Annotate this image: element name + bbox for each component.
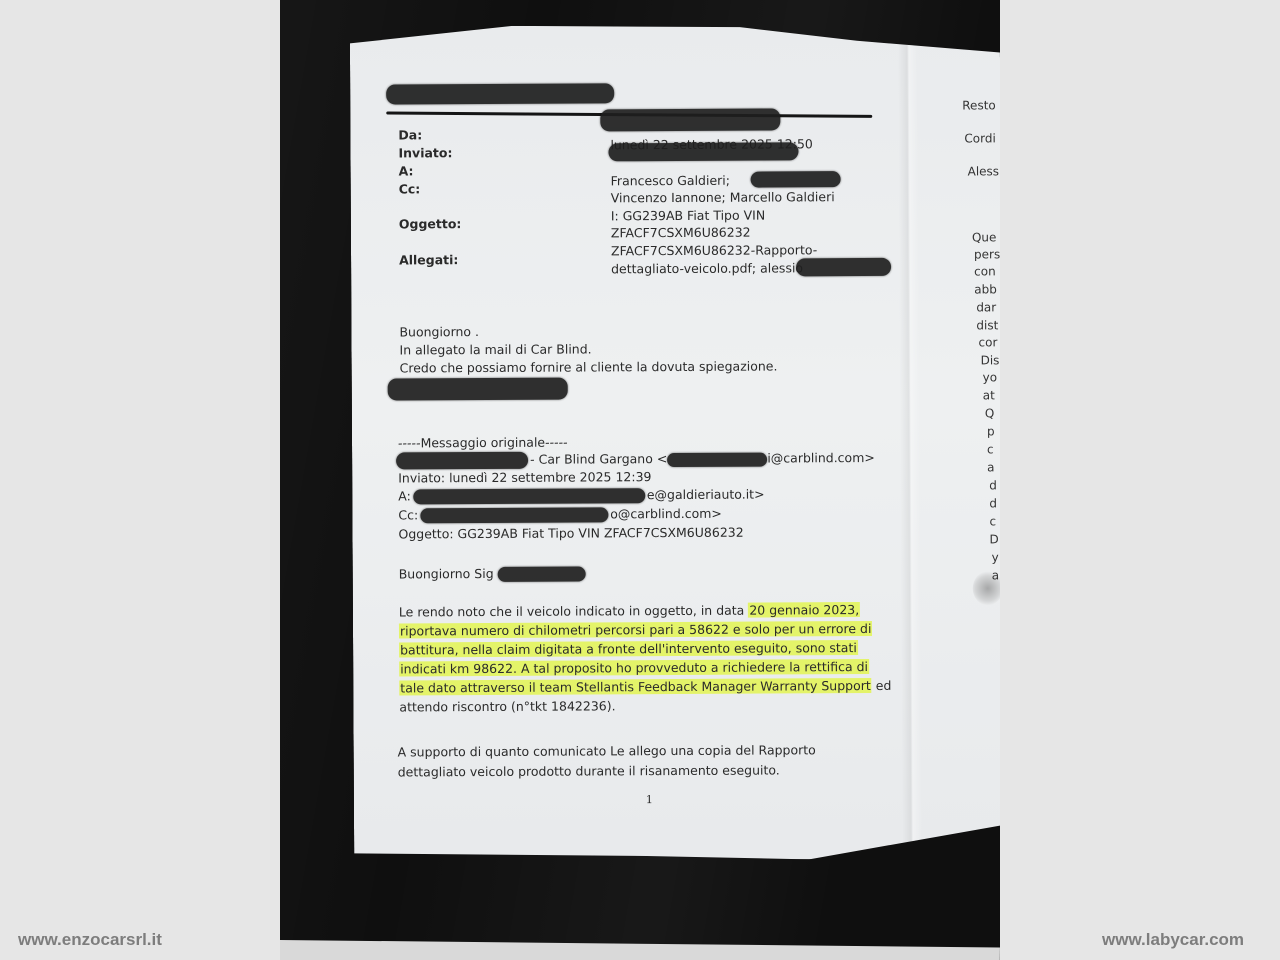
second-page-text: d bbox=[989, 478, 997, 492]
second-page-text: Que bbox=[972, 230, 997, 244]
forward-greeting: Buongiorno . bbox=[399, 324, 479, 339]
attachments-value-line2: dettagliato-veicolo.pdf; alessio bbox=[611, 260, 803, 276]
original-cc-line: Cc:o@carblind.com> bbox=[398, 506, 722, 524]
highlighted-text: battitura, nella claim digitata a fronte… bbox=[399, 640, 858, 657]
original-to-email: e@galdieriauto.it> bbox=[647, 487, 765, 503]
original-sent-line: Inviato: lunedì 22 settembre 2025 12:39 bbox=[398, 469, 651, 485]
paragraph1-line1: Le rendo noto che il veicolo indicato in… bbox=[399, 602, 860, 619]
highlighted-text: indicati km 98622. A tal proposito ho pr… bbox=[399, 659, 869, 676]
redaction-mark bbox=[796, 258, 891, 276]
subject-value-line2: ZFACF7CSXM6U86232 bbox=[611, 225, 751, 241]
paragraph2-line1: A supporto di quanto comunicato Le alleg… bbox=[398, 742, 816, 759]
second-page-text: Cordi bbox=[964, 131, 995, 145]
paragraph1-text: Le rendo noto che il veicolo indicato in… bbox=[399, 603, 748, 620]
redaction-mark bbox=[608, 142, 798, 161]
greeting-text: Buongiorno Sig bbox=[399, 566, 494, 581]
watermark-left: www.enzocarsrl.it bbox=[18, 930, 162, 950]
paragraph1-line6: attendo riscontro (n°tkt 1842236). bbox=[399, 698, 615, 714]
original-message-separator: -----Messaggio originale----- bbox=[398, 435, 568, 451]
paragraph1-text: ed bbox=[872, 678, 892, 693]
original-greeting: Buongiorno Sig bbox=[399, 565, 586, 582]
redaction-mark bbox=[386, 83, 614, 104]
redaction-mark bbox=[600, 108, 780, 131]
redaction-mark bbox=[498, 566, 586, 581]
second-page-text: at bbox=[983, 388, 995, 402]
original-subject-line: Oggetto: GG239AB Fiat Tipo VIN ZFACF7CSX… bbox=[398, 525, 743, 542]
page-number: 1 bbox=[646, 793, 653, 806]
label-cc: Cc: bbox=[399, 181, 421, 196]
highlighted-date: 20 gennaio 2023, bbox=[748, 602, 860, 618]
original-from-email: i@carblind.com> bbox=[767, 450, 875, 466]
second-page-text: Resto bbox=[962, 98, 996, 112]
second-page-text: y bbox=[992, 550, 999, 564]
paragraph1-line5: tale dato attraverso il team Stellantis … bbox=[399, 678, 891, 696]
second-page-text: abb bbox=[974, 282, 997, 296]
second-page-text: dar bbox=[976, 300, 996, 314]
label-sent: Inviato: bbox=[398, 145, 452, 160]
original-cc-prefix: Cc: bbox=[398, 507, 418, 522]
original-from-middle: - Car Blind Gargano < bbox=[530, 451, 667, 467]
second-page-text: c bbox=[987, 442, 994, 456]
highlighted-text: tale dato attraverso il team Stellantis … bbox=[399, 678, 872, 695]
paragraph1-line3: battitura, nella claim digitata a fronte… bbox=[399, 640, 858, 657]
highlighted-text: riportava numero di chilometri percorsi … bbox=[399, 621, 873, 638]
document-photo: Da: Inviato: A: Cc: Oggetto: Allegati: l… bbox=[280, 0, 1000, 960]
redaction-mark bbox=[388, 378, 568, 401]
original-to-line: A:e@galdieriauto.it> bbox=[398, 487, 764, 505]
watermark-right: www.labycar.com bbox=[1102, 930, 1244, 950]
redaction-mark bbox=[420, 507, 608, 523]
email-printout: Da: Inviato: A: Cc: Oggetto: Allegati: l… bbox=[350, 23, 1000, 861]
paragraph1-line2: riportava numero di chilometri percorsi … bbox=[399, 621, 873, 638]
second-page-text: Q bbox=[985, 406, 995, 420]
redaction-mark bbox=[396, 452, 528, 470]
redaction-mark bbox=[751, 171, 841, 187]
label-subject: Oggetto: bbox=[399, 216, 462, 231]
cc-value-line2: Vincenzo Iannone; Marcello Galdieri bbox=[611, 189, 835, 205]
forward-line2: Credo che possiamo fornire al cliente la… bbox=[400, 358, 778, 375]
second-page-fragment: RestoCordiAlessQuepersconabbdardistcorDi… bbox=[935, 23, 1000, 858]
cc-value-line1: Francesco Galdieri; bbox=[611, 173, 730, 189]
label-to: A: bbox=[399, 163, 414, 178]
subject-value-line1: I: GG239AB Fiat Tipo VIN bbox=[611, 208, 765, 224]
attachments-value-line1: ZFACF7CSXM6U86232-Rapporto- bbox=[611, 242, 817, 258]
original-to-prefix: A: bbox=[398, 488, 411, 503]
second-page-text: pers bbox=[974, 247, 1000, 261]
label-from: Da: bbox=[398, 127, 422, 142]
redaction-mark bbox=[413, 488, 645, 504]
original-from-line: - Car Blind Gargano <i@carblind.com> bbox=[530, 450, 875, 467]
second-page-text: c bbox=[989, 514, 996, 528]
redaction-mark bbox=[667, 452, 767, 467]
second-page-text: dist bbox=[976, 318, 998, 332]
paragraph1-line4: indicati km 98622. A tal proposito ho pr… bbox=[399, 659, 869, 676]
second-page-text: d bbox=[989, 496, 997, 510]
second-page-text: Aless bbox=[968, 164, 1000, 178]
printed-email-page: Da: Inviato: A: Cc: Oggetto: Allegati: l… bbox=[350, 23, 1000, 861]
second-page-text: con bbox=[974, 264, 996, 278]
original-cc-email: o@carblind.com> bbox=[610, 506, 722, 522]
second-page-text: Dis bbox=[981, 353, 1000, 367]
second-page-text: D bbox=[989, 532, 998, 546]
second-page-text: p bbox=[987, 424, 995, 438]
second-page-text: yo bbox=[983, 370, 998, 384]
forward-line1: In allegato la mail di Car Blind. bbox=[399, 341, 591, 357]
second-page-text: a bbox=[987, 460, 994, 474]
paragraph2-line2: dettagliato veicolo prodotto durante il … bbox=[398, 762, 780, 779]
second-page-text: a bbox=[992, 568, 999, 582]
label-attachments: Allegati: bbox=[399, 252, 458, 267]
second-page-text: cor bbox=[978, 335, 997, 349]
